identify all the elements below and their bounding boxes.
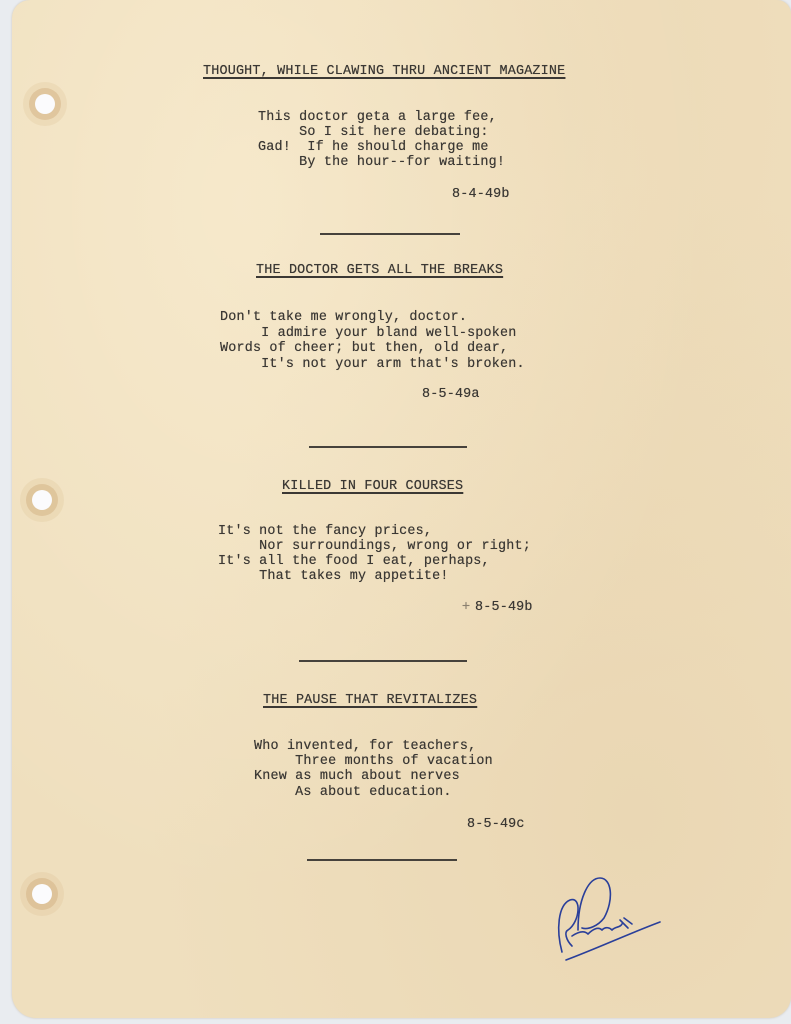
divider-3 [299,660,467,662]
poem-3-line-2: Nor surroundings, wrong or right; [218,539,531,554]
poem-1-line-3: Gad! If he should charge me [258,140,489,155]
poem-4-line-2: Three months of vacation [254,754,493,769]
poem-2-line-1: Don't take me wrongly, doctor. [220,310,467,325]
punch-hole-top [35,94,55,114]
poem-3-line-3: It's all the food I eat, perhaps, [218,554,490,569]
poem-3-line-4: That takes my appetite! [218,569,449,584]
poem-3-title: KILLED IN FOUR COURSES [282,479,463,494]
poem-2-line-3: Words of cheer; but then, old dear, [220,341,508,356]
poem-3-date: 8-5-49b [475,600,533,615]
poem-3-date-mark: + [462,600,470,615]
poem-2-title: THE DOCTOR GETS ALL THE BREAKS [256,263,503,278]
divider-2 [309,446,467,448]
poem-1-line-2: So I sit here debating: [258,125,489,140]
poem-4-date: 8-5-49c [467,817,525,832]
poem-4-line-3: Knew as much about nerves [254,769,460,784]
poem-4-line-1: Who invented, for teachers, [254,739,476,754]
punch-hole-bottom [32,884,52,904]
signature [548,870,668,965]
poem-1-date: 8-4-49b [452,187,510,202]
poem-1-title: THOUGHT, WHILE CLAWING THRU ANCIENT MAGA… [203,64,565,79]
divider-1 [320,233,460,235]
poem-1-line-4: By the hour--for waiting! [258,155,505,170]
poem-3-line-1: It's not the fancy prices, [218,524,432,539]
poem-2-line-4: It's not your arm that's broken. [220,357,525,372]
poem-1-line-1: This doctor geta a large fee, [258,110,497,125]
poem-2-date: 8-5-49a [422,387,480,402]
poem-4-line-4: As about education. [254,785,452,800]
punch-hole-middle [32,490,52,510]
divider-4 [307,859,457,861]
poem-2-line-2: I admire your bland well-spoken [220,326,517,341]
poem-4-title: THE PAUSE THAT REVITALIZES [263,693,477,708]
